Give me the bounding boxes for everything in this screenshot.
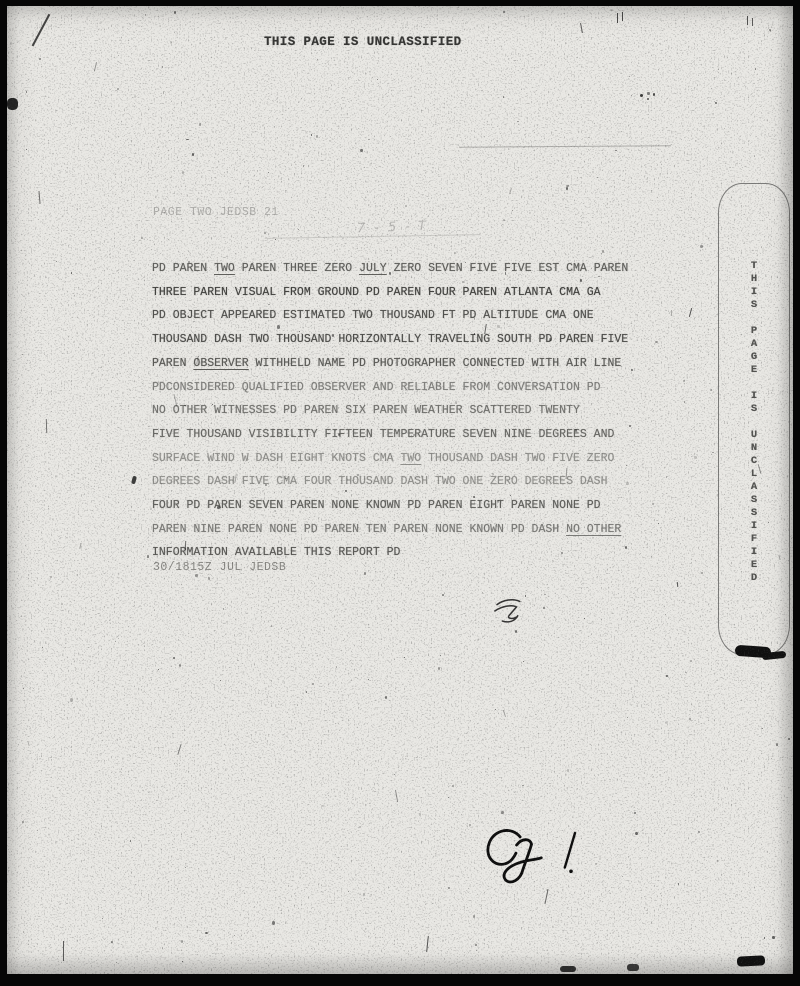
- scan-speck: [13, 151, 14, 152]
- scan-speck: [452, 785, 454, 787]
- scan-speck: [701, 572, 703, 574]
- scan-speck: [321, 805, 323, 807]
- scan-speck: [26, 91, 27, 93]
- body-line: THOUSAND DASH TWO THOUSAND HORIZONTALLY …: [152, 328, 652, 352]
- scan-speck: [158, 669, 159, 670]
- scan-speck: [364, 572, 366, 574]
- fiber-mark: [676, 582, 678, 587]
- scan-speck: [70, 42, 71, 43]
- fiber-mark: [544, 889, 548, 904]
- scan-speck: [317, 59, 318, 60]
- body-line: PAREN OBSERVER WITHHELD NAME PD PHOTOGRA…: [152, 352, 652, 376]
- scan-speck: [503, 11, 505, 13]
- scan-speck: [770, 30, 772, 32]
- scan-speck: [683, 380, 685, 383]
- scan-speck: [584, 618, 585, 619]
- scan-speck: [358, 851, 359, 853]
- scan-speck: [22, 354, 23, 355]
- scan-speck: [195, 574, 197, 577]
- side-banner-word: UNCLASSIFIED: [751, 429, 757, 585]
- scan-speck: [39, 58, 41, 60]
- body-line: DEGREES DASH FIVE CMA FOUR THOUSAND DASH…: [152, 470, 652, 494]
- telex-page-header: PAGE TWO JEDSB 21: [153, 206, 279, 219]
- body-line: PD PAREN TWO PAREN THREE ZERO JULY ZERO …: [152, 257, 652, 281]
- edge-blot: [627, 964, 639, 971]
- ink-scribble: [486, 593, 532, 629]
- scan-speck: [205, 932, 208, 934]
- scan-speck: [666, 721, 668, 723]
- scan-speck: [227, 604, 228, 605]
- scan-speck: [454, 252, 456, 254]
- body-line: PD OBJECT APPEARED ESTIMATED TWO THOUSAN…: [152, 304, 652, 328]
- scan-speck: [772, 936, 775, 940]
- fiber-mark: [580, 23, 583, 33]
- scan-speck: [769, 29, 771, 31]
- scan-speck: [147, 555, 149, 557]
- scan-speck: [10, 42, 12, 45]
- scan-speck: [680, 357, 681, 358]
- scan-speck: [25, 129, 26, 131]
- scan-speck: [776, 743, 779, 745]
- scan-speck: [33, 688, 34, 689]
- scan-speck: [629, 76, 630, 77]
- scan-speck: [195, 782, 196, 783]
- scan-speck: [712, 452, 714, 453]
- scan-speck: [303, 165, 304, 167]
- scan-speck: [755, 68, 756, 70]
- scan-speck: [348, 891, 349, 893]
- scan-speck: [162, 947, 163, 949]
- scan-speck: [336, 666, 338, 668]
- scan-speck: [61, 603, 63, 606]
- scan-speck: [117, 88, 119, 90]
- scan-speck: [264, 232, 267, 234]
- scan-speck: [635, 832, 638, 835]
- scan-speck: [272, 921, 275, 925]
- scan-speck: [182, 961, 183, 962]
- scan-speck: [627, 717, 628, 718]
- scan-speck: [341, 107, 342, 109]
- fiber-mark: [426, 936, 429, 952]
- scan-speck: [118, 55, 119, 56]
- fiber-mark: [509, 188, 512, 194]
- scan-speck: [438, 667, 440, 669]
- fiber-mark: [394, 790, 397, 801]
- scan-speck: [234, 935, 235, 936]
- ink-spot: [131, 476, 137, 485]
- scan-speck: [220, 680, 221, 681]
- scan-speck: [163, 91, 165, 94]
- side-banner-word: PAGE: [751, 325, 757, 377]
- scan-speck: [374, 791, 376, 792]
- scan-speck: [179, 664, 181, 667]
- fiber-mark: [177, 744, 181, 754]
- scan-speck: [597, 177, 598, 179]
- scan-speck: [503, 96, 505, 98]
- fiber-mark: [671, 310, 672, 316]
- scan-speck: [610, 9, 612, 11]
- fiber-mark: [94, 62, 97, 71]
- scan-speck: [134, 95, 136, 99]
- scan-speck: [476, 950, 477, 951]
- scan-speck: [517, 121, 519, 122]
- scan-speck: [689, 718, 691, 721]
- scan-speck: [23, 688, 25, 689]
- scan-speck: [102, 918, 103, 919]
- scan-speck: [141, 237, 143, 239]
- scan-speck: [359, 826, 361, 828]
- scan-speck: [44, 170, 46, 171]
- scan-speck: [70, 698, 72, 702]
- fiber-mark: [63, 941, 64, 961]
- scan-speck: [622, 876, 623, 877]
- scan-speck: [185, 867, 186, 869]
- scan-speck: [181, 940, 183, 942]
- scan-speck: [26, 149, 27, 150]
- scan-speck: [71, 272, 72, 274]
- scan-speck: [37, 830, 38, 831]
- scan-speck: [634, 812, 636, 815]
- scan-speck: [469, 824, 471, 826]
- scan-speck: [360, 149, 362, 152]
- scan-speck: [130, 840, 132, 842]
- scan-speck: [208, 577, 210, 581]
- scan-speck: [237, 660, 238, 661]
- scan-speck: [655, 341, 658, 343]
- classification-banner-side: THISPAGEISUNCLASSIFIED: [719, 260, 789, 598]
- speck-cluster: [653, 93, 655, 96]
- scan-speck: [162, 66, 163, 68]
- speck-cluster: [640, 94, 643, 97]
- scan-speck: [711, 856, 713, 857]
- scan-speck: [475, 944, 477, 946]
- scan-speck: [223, 608, 225, 610]
- scan-speck: [155, 760, 156, 761]
- scan-speck: [664, 336, 666, 338]
- scratch-mark: [32, 14, 50, 46]
- scan-speck: [762, 728, 763, 729]
- scan-speck: [199, 123, 201, 126]
- side-banner-word: THIS: [751, 260, 757, 312]
- scan-speck: [56, 261, 57, 262]
- scan-speck: [566, 185, 569, 187]
- fiber-mark: [45, 419, 46, 433]
- edge-blot: [560, 966, 576, 972]
- body-line: FIVE THOUSAND VISIBILITY FIFTEEN TEMPERA…: [152, 423, 652, 447]
- scan-speck: [503, 219, 504, 221]
- speck-cluster: [647, 98, 649, 100]
- scan-speck: [653, 764, 654, 765]
- scan-speck: [785, 174, 787, 176]
- crease-line: [459, 145, 671, 147]
- fiber-mark: [689, 308, 692, 317]
- scan-speck: [50, 576, 52, 577]
- body-line: PDCONSIDERED QUALIFIED OBSERVER AND RELI…: [152, 376, 652, 400]
- tick-mark: [747, 16, 748, 25]
- telex-body: PD PAREN TWO PAREN THREE ZERO JULY ZERO …: [152, 257, 652, 565]
- scan-speck: [522, 785, 524, 786]
- scan-speck: [143, 546, 144, 547]
- scan-speck: [700, 245, 702, 248]
- scan-speck: [254, 50, 255, 51]
- scan-speck: [546, 889, 548, 891]
- scan-speck: [684, 401, 686, 403]
- scan-speck: [419, 813, 421, 816]
- scan-speck: [588, 137, 590, 138]
- scan-speck: [515, 630, 517, 633]
- scan-speck: [690, 660, 692, 662]
- body-line: PAREN NINE PAREN NONE PD PAREN TEN PAREN…: [152, 518, 652, 542]
- scan-speck: [22, 821, 24, 823]
- side-banner-frame: THISPAGEISUNCLASSIFIED: [718, 183, 790, 655]
- scan-speck: [111, 941, 113, 943]
- scan-speck: [615, 150, 617, 152]
- scan-speck: [268, 172, 269, 173]
- scan-speck: [42, 647, 44, 648]
- scan-speck: [316, 135, 318, 138]
- scan-speck: [116, 962, 117, 963]
- scan-speck: [665, 614, 666, 615]
- scan-speck: [785, 643, 786, 644]
- scan-speck: [443, 49, 444, 50]
- scan-speck: [685, 672, 687, 673]
- scan-speck: [710, 389, 713, 392]
- scan-speck: [715, 102, 717, 105]
- scan-speck: [385, 696, 388, 700]
- scan-speck: [567, 769, 569, 771]
- telex-sign-off: 30/1815Z JUL JEDSB: [153, 561, 286, 574]
- body-line: FOUR PD PAREN SEVEN PAREN NONE KNOWN PD …: [152, 494, 652, 518]
- scan-speck: [654, 812, 655, 814]
- side-banner-word: IS: [751, 390, 757, 416]
- classification-banner-top: THIS PAGE IS UNCLASSIFIED: [264, 35, 462, 49]
- tick-mark: [617, 13, 618, 23]
- scanned-document-page: THIS PAGE IS UNCLASSIFIED PAGE TWO JEDSB…: [0, 0, 800, 986]
- fiber-mark: [38, 191, 40, 204]
- scan-speck: [717, 860, 719, 862]
- scan-speck: [468, 171, 469, 173]
- scan-speck: [718, 69, 719, 70]
- scan-speck: [440, 655, 441, 656]
- scan-speck: [523, 661, 524, 662]
- scan-speck: [145, 14, 146, 16]
- edge-blot: [7, 98, 18, 110]
- scan-speck: [330, 575, 332, 576]
- scan-speck: [405, 205, 407, 207]
- scan-speck: [631, 95, 632, 96]
- scan-speck: [448, 797, 449, 798]
- body-line: SURFACE WIND W DASH EIGHT KNOTS CMA TWO …: [152, 447, 652, 471]
- scan-speck: [666, 675, 668, 677]
- scan-speck: [566, 187, 568, 190]
- scan-speck: [115, 641, 116, 642]
- scan-speck: [164, 720, 165, 722]
- scan-speck: [312, 683, 314, 686]
- scan-speck: [171, 612, 172, 614]
- scan-speck: [170, 41, 172, 43]
- scan-speck: [394, 774, 395, 775]
- body-line: NO OTHER WITNESSES PD PAREN SIX PAREN WE…: [152, 399, 652, 423]
- scan-speck: [501, 811, 503, 814]
- scan-speck: [43, 157, 45, 158]
- body-line: THREE PAREN VISUAL FROM GROUND PD PAREN …: [152, 281, 652, 305]
- scan-speck: [477, 639, 479, 641]
- tick-mark: [622, 12, 623, 21]
- scan-speck: [666, 476, 667, 477]
- scan-speck: [442, 594, 444, 597]
- scan-speck: [696, 723, 697, 724]
- fiber-mark: [502, 710, 505, 717]
- scan-speck: [57, 590, 58, 591]
- scan-speck: [543, 607, 545, 609]
- scan-speck: [174, 11, 176, 14]
- scan-speck: [448, 887, 451, 890]
- scan-speck: [271, 625, 273, 627]
- copy-note-handwriting: [475, 817, 598, 889]
- scan-speck: [473, 915, 475, 918]
- scan-speck: [788, 738, 790, 741]
- scan-speck: [23, 931, 24, 933]
- scan-speck: [698, 831, 699, 833]
- scan-speck: [377, 79, 379, 81]
- scan-speck: [311, 134, 313, 136]
- scan-speck: [306, 691, 308, 693]
- scan-speck: [192, 153, 194, 155]
- scan-speck: [482, 592, 483, 593]
- edge-blot: [737, 955, 765, 966]
- scan-speck: [182, 171, 184, 174]
- scan-speck: [764, 937, 765, 939]
- scan-speck: [173, 657, 175, 659]
- tick-mark: [752, 18, 753, 26]
- scan-speck: [647, 92, 650, 96]
- scan-speck: [363, 893, 365, 896]
- paper: THIS PAGE IS UNCLASSIFIED PAGE TWO JEDSB…: [7, 6, 793, 974]
- scan-speck: [658, 523, 659, 524]
- fiber-mark: [27, 741, 29, 746]
- scan-speck: [267, 176, 268, 177]
- scan-speck: [186, 139, 189, 141]
- scan-speck: [678, 883, 680, 885]
- scan-speck: [275, 239, 276, 240]
- pencil-note: 7-5-T: [357, 219, 435, 237]
- scan-speck: [544, 594, 546, 595]
- scan-speck: [694, 456, 697, 459]
- scan-speck: [301, 703, 302, 704]
- scan-speck: [368, 139, 369, 141]
- scan-speck: [297, 704, 298, 706]
- fiber-mark: [80, 543, 82, 549]
- scan-speck: [602, 250, 604, 253]
- scan-speck: [298, 229, 299, 230]
- scan-speck: [368, 679, 369, 680]
- scan-speck: [495, 709, 496, 711]
- scan-speck: [404, 657, 405, 658]
- scan-speck: [512, 210, 513, 211]
